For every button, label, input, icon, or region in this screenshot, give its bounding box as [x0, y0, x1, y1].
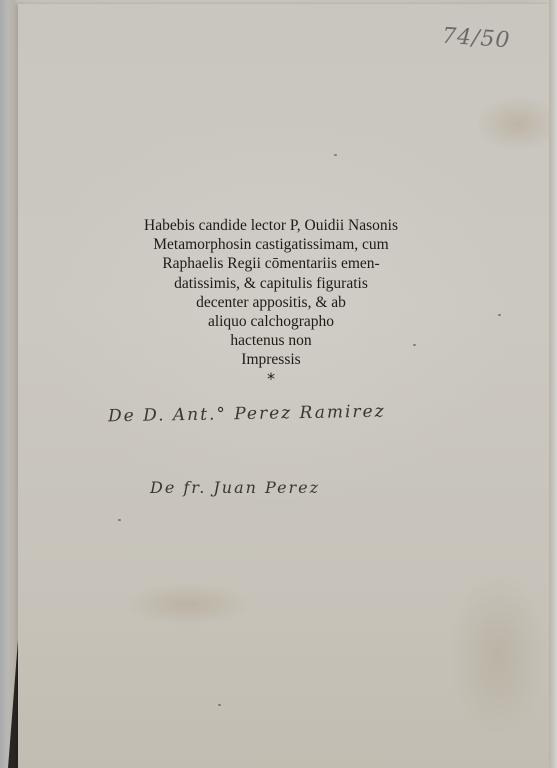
title-page [18, 4, 550, 768]
title-line: Raphaelis Regii cōmentariis emen- [140, 254, 402, 273]
foxing-spot [118, 519, 121, 521]
title-line: aliquo calchographo [140, 312, 402, 331]
title-line: Impressis [140, 350, 402, 369]
asterisk-ornament-icon: * [140, 372, 402, 386]
title-line: decenter appositis, & ab [140, 293, 402, 312]
foxing-spot [413, 344, 416, 346]
title-line: hactenus non [140, 331, 402, 350]
foxing-spot [334, 154, 337, 156]
ownership-inscription: De fr. Juan Perez [150, 478, 320, 497]
foxing-spot [218, 704, 221, 706]
document-scan: 74/50 Habebis candide lector P, Ouidii N… [0, 0, 557, 768]
title-block: Habebis candide lector P, Ouidii Nasonis… [140, 216, 402, 386]
title-line: Metamorphosin castigatissimam, cum [140, 235, 402, 254]
foxing-spot [498, 314, 501, 316]
title-line: Habebis candide lector P, Ouidii Nasonis [140, 216, 402, 235]
shelfmark: 74/50 [441, 24, 511, 54]
page-edge-right [549, 0, 557, 768]
title-line: datissimis, & capitulis figuratis [140, 274, 402, 293]
